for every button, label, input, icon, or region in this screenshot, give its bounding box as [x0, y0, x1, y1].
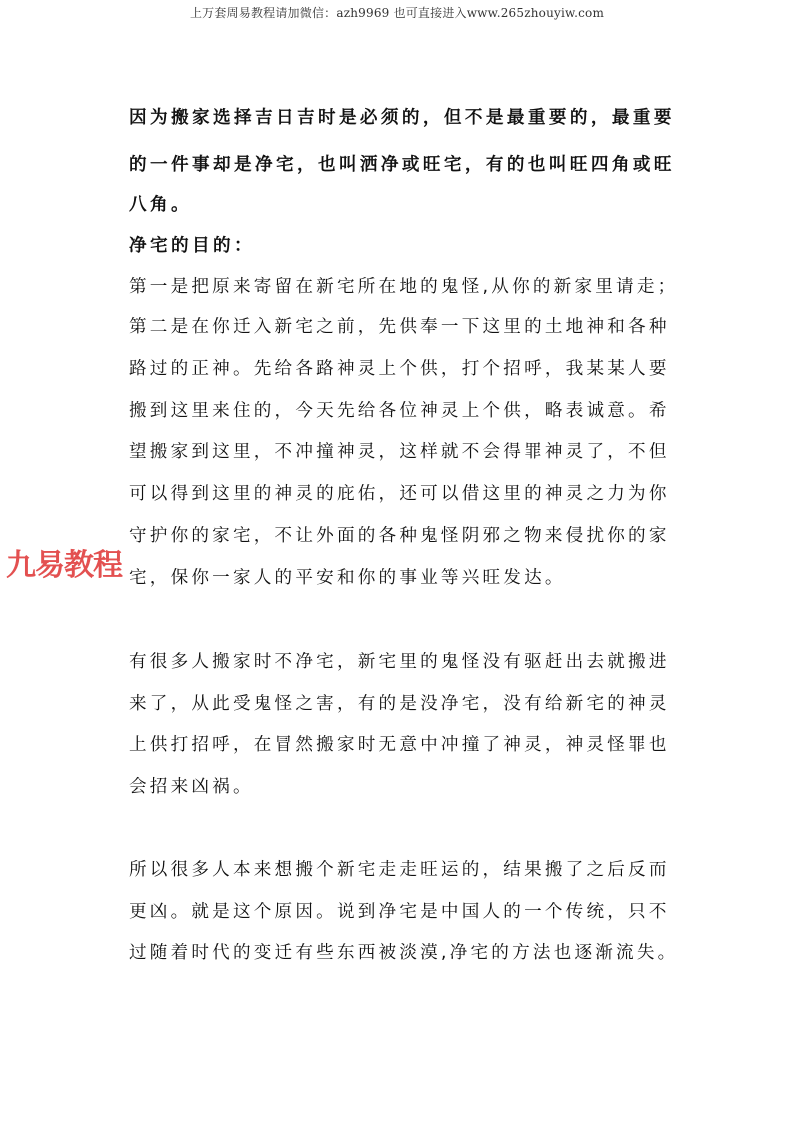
- purpose-line: 守护你的家宅，不让外面的各种鬼怪阴邪之物来侵扰你的家: [129, 522, 670, 547]
- paragraph-3-line: 所以很多人本来想搬个新宅走走旺运的，结果搬了之后反而: [129, 856, 670, 881]
- section-heading: 净宅的目的：: [129, 232, 255, 257]
- purpose-line: 第一是把原来寄留在新宅所在地的鬼怪,从你的新家里请走；: [129, 273, 678, 298]
- paragraph-3-line: 过随着时代的变迁有些东西被淡漠,净宅的方法也逐渐流失。: [129, 939, 678, 964]
- purpose-line: 宅，保你一家人的平安和你的事业等兴旺发达。: [129, 564, 566, 589]
- purpose-line: 路过的正神。先给各路神灵上个供，打个招呼，我某某人要: [129, 355, 670, 380]
- paragraph-2-line: 有很多人搬家时不净宅，新宅里的鬼怪没有驱赶出去就搬进: [129, 648, 670, 673]
- intro-line: 八角。: [129, 191, 192, 216]
- purpose-line: 可以得到这里的神灵的庇佑，还可以借这里的神灵之力为你: [129, 480, 670, 505]
- watermark-logo: 九易教程: [6, 540, 122, 584]
- paragraph-2-line: 上供打招呼，在冒然搬家时无意中冲撞了神灵，神灵怪罪也: [129, 731, 670, 756]
- paragraph-2-line: 来了，从此受鬼怪之害，有的是没净宅，没有给新宅的神灵: [129, 690, 670, 715]
- page-header-promo: 上万套周易教程请加微信：azh9969 也可直接进入www.265zhouyiw…: [0, 4, 794, 21]
- paragraph-3-line: 更凶。就是这个原因。说到净宅是中国人的一个传统，只不: [129, 898, 670, 923]
- paragraph-2-line: 会招来凶祸。: [129, 773, 254, 798]
- intro-line: 因为搬家选择吉日吉时是必须的，但不是最重要的，最重要: [129, 104, 675, 129]
- purpose-line: 望搬家到这里，不冲撞神灵，这样就不会得罪神灵了，不但: [129, 438, 670, 463]
- purpose-line: 第二是在你迁入新宅之前，先供奉一下这里的土地神和各种: [129, 313, 670, 338]
- purpose-line: 搬到这里来住的，今天先给各位神灵上个供，略表诚意。希: [129, 397, 670, 422]
- intro-line: 的一件事却是净宅，也叫洒净或旺宅，有的也叫旺四角或旺: [129, 151, 675, 176]
